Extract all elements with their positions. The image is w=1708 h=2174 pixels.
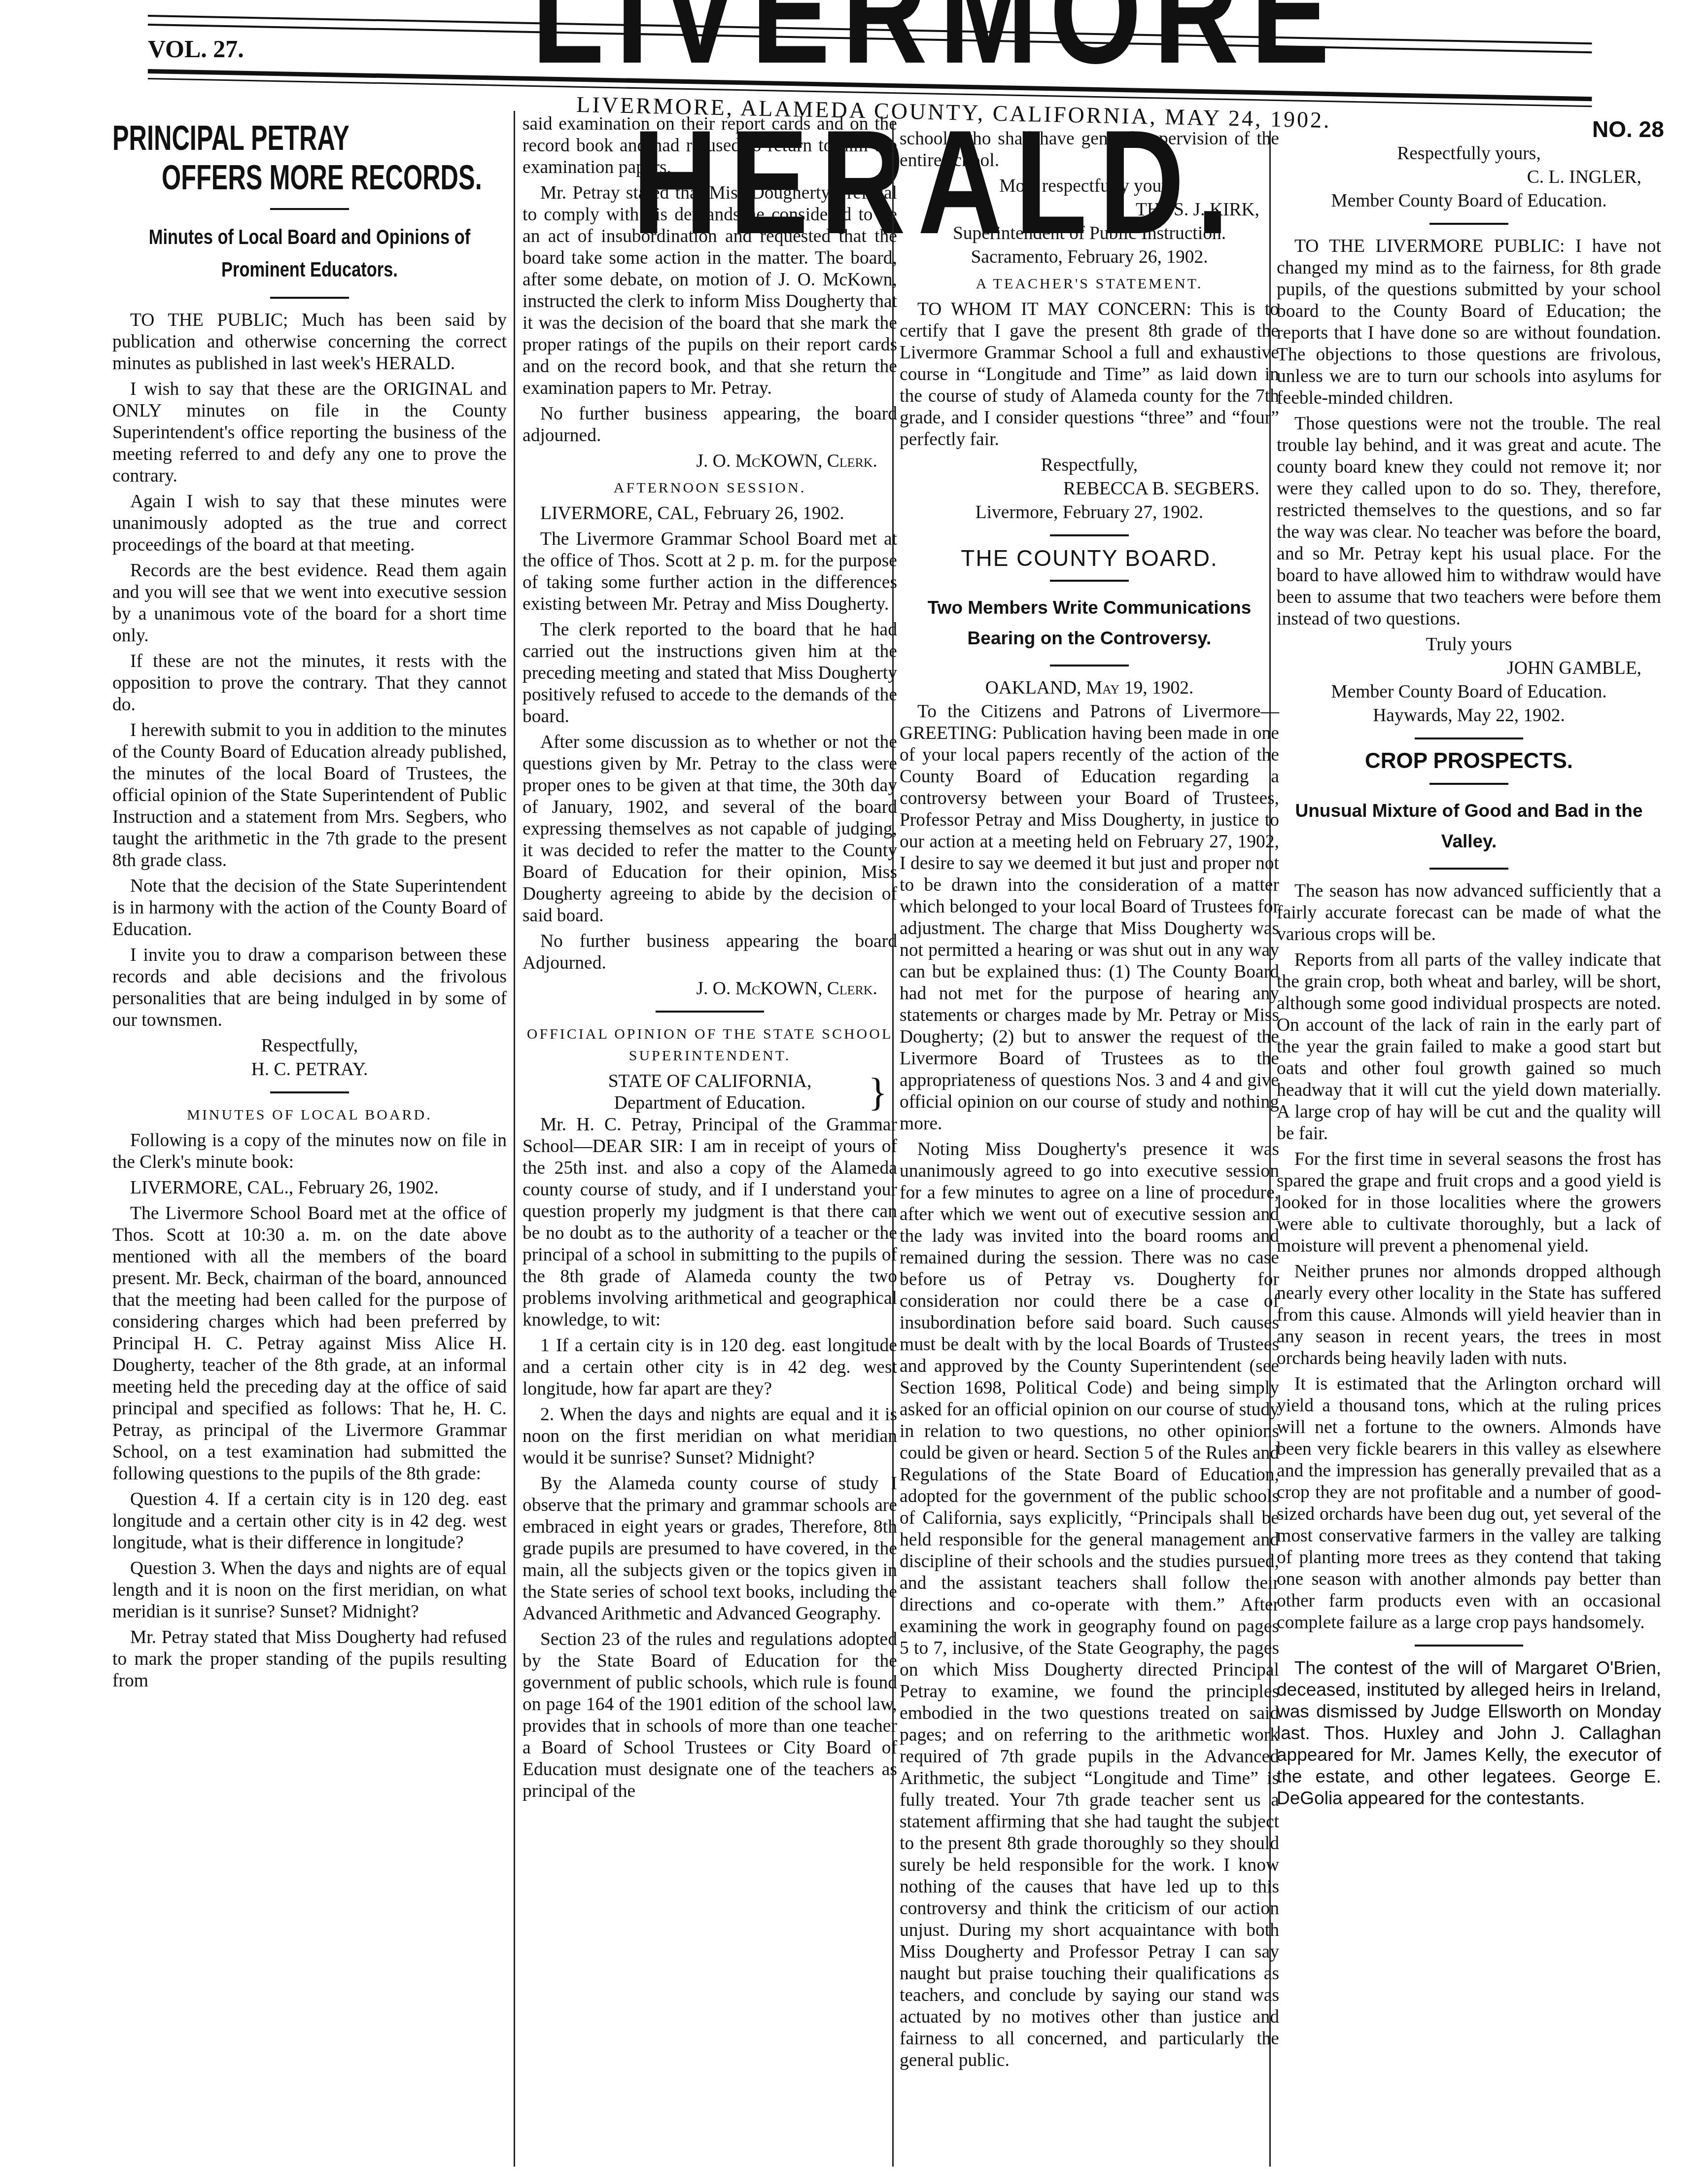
signature: REBECCA B. SEGBERS. xyxy=(900,478,1259,500)
section-divider xyxy=(1050,534,1129,536)
paragraph: Those questions were not the trouble. Th… xyxy=(1277,413,1661,630)
deck-divider xyxy=(1050,665,1129,666)
paragraph: To the Citizens and Patrons of Livermore… xyxy=(900,701,1279,1135)
signature: J. O. McKOWN, Clerk. xyxy=(523,978,877,1000)
volume-number: VOL. 27. xyxy=(148,35,244,63)
letterhead-line: Department of Education. xyxy=(523,1092,897,1114)
paragraph: 2. When the days and nights are equal an… xyxy=(523,1404,897,1469)
paragraph: Noting Miss Dougherty's presence it was … xyxy=(900,1139,1279,2071)
issue-number: NO. 28 xyxy=(1592,116,1664,142)
letterhead-line: STATE OF CALIFORNIA, xyxy=(523,1071,897,1092)
paragraph: After some discussion as to whether or n… xyxy=(523,732,897,927)
newspaper-page: LIVERMORE HERALD. VOL. 27. LIVERMORE, AL… xyxy=(0,0,1708,2174)
headline-divider xyxy=(1050,580,1129,582)
paragraph: LIVERMORE, CAL, February 26, 1902. xyxy=(523,503,897,525)
deck-divider xyxy=(1429,868,1508,870)
paragraph: 1 If a certain city is in 120 deg. east … xyxy=(523,1335,897,1400)
section-divider xyxy=(1415,737,1523,739)
place-date: Livermore, February 27, 1902. xyxy=(900,502,1279,524)
subhead-afternoon: AFTERNOON SESSION. xyxy=(523,477,897,499)
column-1: PRINCIPAL PETRAY OFFERS MORE RECORDS. Mi… xyxy=(112,118,507,1696)
paragraph: I herewith submit to you in addition to … xyxy=(112,720,507,872)
closing: Respectfully, xyxy=(900,455,1279,476)
headline-deck: Minutes of Local Board and Opinions of P… xyxy=(148,221,471,286)
paragraph: Mr. Petray stated that Miss Dougherty's … xyxy=(523,182,897,399)
paragraph: Again I wish to say that these minutes w… xyxy=(112,491,507,556)
paragraph: The contest of the will of Margaret O'Br… xyxy=(1277,1657,1661,1809)
column-3: school, who shall have general supervisi… xyxy=(900,128,1279,2075)
subhead-minutes: MINUTES OF LOCAL BOARD. xyxy=(112,1104,507,1126)
closing: Respectfully yours, xyxy=(1277,143,1661,165)
closing: Most respectfully yours, xyxy=(900,175,1279,197)
signer-title: Member County Board of Education. xyxy=(1277,190,1661,212)
paragraph: The Livermore Grammar School Board met a… xyxy=(523,528,897,615)
paragraph: Reports from all parts of the valley ind… xyxy=(1277,949,1661,1145)
paragraph: Question 3. When the days and nights are… xyxy=(112,1558,507,1623)
signature: J. O. McKOWN, Clerk. xyxy=(523,451,877,472)
dateline: OAKLAND, May 19, 1902. xyxy=(900,677,1279,699)
paragraph: LIVERMORE, CAL., February 26, 1902. xyxy=(112,1177,507,1199)
section-divider xyxy=(656,1011,764,1013)
headline-deck: Unusual Mixture of Good and Bad in the V… xyxy=(1277,796,1661,857)
paragraph: No further business appearing, the board… xyxy=(523,403,897,447)
paragraph: It is estimated that the Arlington orcha… xyxy=(1277,1373,1661,1634)
signer-title: Member County Board of Education. xyxy=(1277,681,1661,703)
signature: H. C. PETRAY. xyxy=(112,1059,507,1081)
letterhead: STATE OF CALIFORNIA, Department of Educa… xyxy=(523,1071,897,1114)
headline-line-1: PRINCIPAL PETRAY xyxy=(112,118,396,158)
paragraph: The season has now advanced sufficiently… xyxy=(1277,880,1661,946)
place-date: Haywards, May 22, 1902. xyxy=(1277,705,1661,727)
closing: Respectfully, xyxy=(112,1035,507,1057)
paragraph: Neither prunes nor almonds dropped altho… xyxy=(1277,1261,1661,1369)
paragraph: If these are not the minutes, it rests w… xyxy=(112,651,507,716)
paragraph: TO WHOM IT MAY CONCERN: This is to certi… xyxy=(900,299,1279,451)
subhead-state-opinion: OFFICIAL OPINION OF THE STATE SCHOOL SUP… xyxy=(523,1023,897,1067)
subhead-teacher: A TEACHER'S STATEMENT. xyxy=(900,273,1279,295)
headline-county-board: THE COUNTY BOARD. xyxy=(900,547,1279,569)
paragraph: Mr. H. C. Petray, Principal of the Gramm… xyxy=(523,1114,897,1331)
headline-crop-prospects: CROP PROSPECTS. xyxy=(1277,750,1661,772)
paragraph: Mr. Petray stated that Miss Dougherty ha… xyxy=(112,1627,507,1692)
paragraph: Question 4. If a certain city is in 120 … xyxy=(112,1489,507,1554)
section-divider xyxy=(270,1091,349,1093)
place-date: Sacramento, February 26, 1902. xyxy=(900,246,1279,268)
column-2: said examination on their report cards a… xyxy=(523,113,897,1806)
brace-icon: } xyxy=(869,1071,887,1114)
headline-divider xyxy=(270,208,349,210)
signature: JOHN GAMBLE, xyxy=(1277,658,1641,679)
paragraph: The clerk reported to the board that he … xyxy=(523,619,897,728)
headline-divider xyxy=(1429,783,1508,785)
signature: C. L. INGLER, xyxy=(1277,167,1641,188)
paragraph: For the first time in several seasons th… xyxy=(1277,1149,1661,1257)
paragraph: Note that the decision of the State Supe… xyxy=(112,876,507,941)
section-divider xyxy=(1429,223,1508,225)
paragraph: TO THE LIVERMORE PUBLIC: I have not chan… xyxy=(1277,236,1661,409)
paragraph: The Livermore School Board met at the of… xyxy=(112,1203,507,1485)
paragraph: I invite you to draw a comparison betwee… xyxy=(112,945,507,1031)
paragraph: TO THE PUBLIC; Much has been said by pub… xyxy=(112,310,507,375)
paragraph: school, who shall have general supervisi… xyxy=(900,128,1279,172)
closing: Truly yours xyxy=(1277,634,1661,656)
headline-line-2: OFFERS MORE RECORDS. xyxy=(162,158,410,197)
paragraph: Section 23 of the rules and regulations … xyxy=(523,1629,897,1802)
paragraph: Records are the best evidence. Read them… xyxy=(112,560,507,647)
paragraph: Following is a copy of the minutes now o… xyxy=(112,1130,507,1173)
deck-divider xyxy=(270,297,349,299)
paragraph: By the Alameda county course of study I … xyxy=(523,1473,897,1625)
column-4: Respectfully yours, C. L. INGLER, Member… xyxy=(1277,143,1661,1813)
signer-title: Superintendent of Public Instruction. xyxy=(900,223,1279,245)
column-rule-1 xyxy=(514,111,515,2167)
section-divider xyxy=(1415,1645,1523,1647)
headline-deck: Two Members Write Communications Bearing… xyxy=(900,593,1279,654)
paragraph: said examination on their report cards a… xyxy=(523,113,897,178)
paragraph: I wish to say that these are the ORIGINA… xyxy=(112,379,507,487)
signature: THOS. J. KIRK, xyxy=(900,199,1259,221)
paragraph: No further business appearing the board … xyxy=(523,931,897,974)
